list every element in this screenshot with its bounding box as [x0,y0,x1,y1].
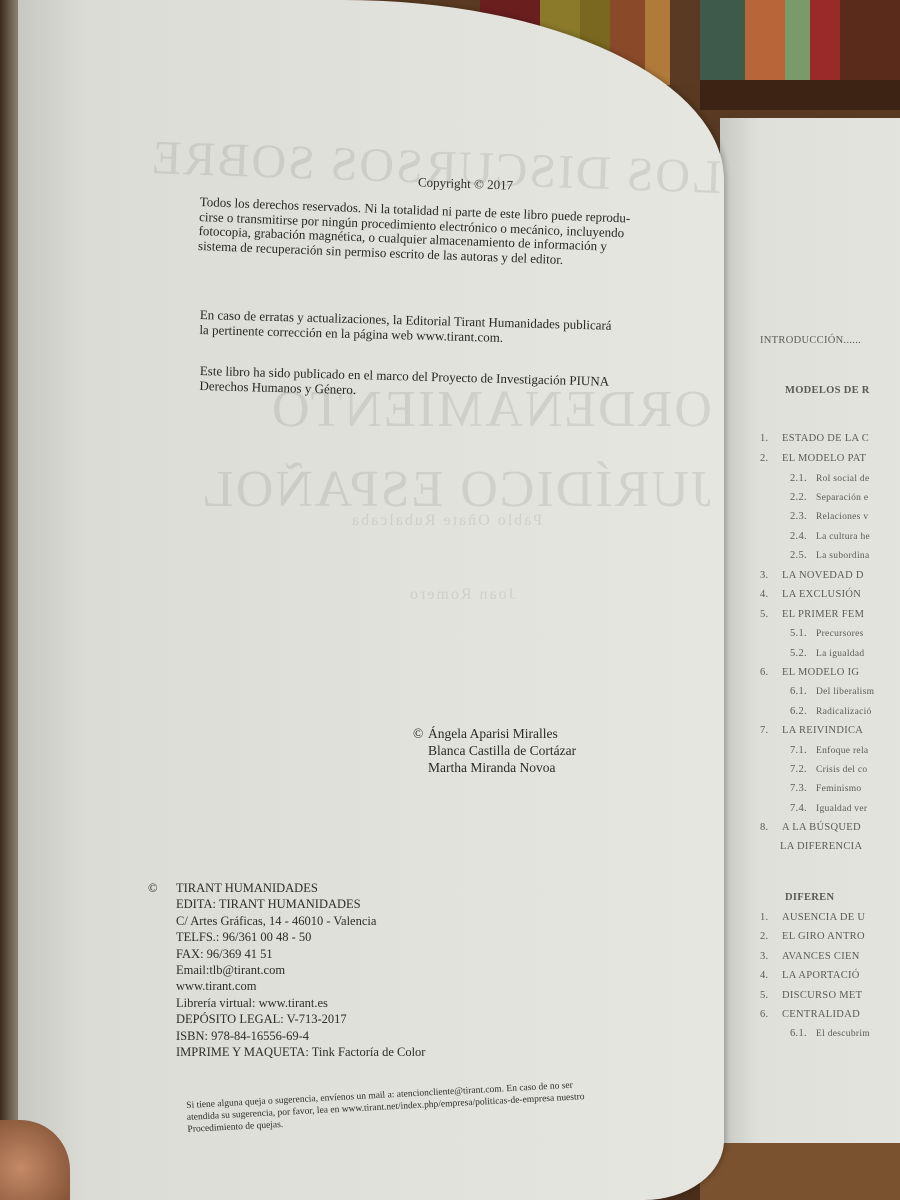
toc-entry: 5.EL PRIMER FEM [760,609,864,620]
toc-label: LA NOVEDAD D [782,570,864,581]
toc-label: Crisis del co [816,765,867,775]
toc-number: 6. [760,667,782,678]
publisher-line: C/ Artes Gráficas, 14 - 46010 - Valencia [176,913,425,929]
toc-entry: 2.4.La cultura he [790,531,870,542]
bleed-through-title-3: JURÍDICO ESPAÑOL [200,460,711,519]
toc-number: 7.4. [790,803,816,814]
toc-entry: 2.3.Relaciones v [790,511,868,522]
toc-entry: 7.3.Feminismo [790,783,861,794]
toc-number: 2.1. [790,473,816,484]
toc-number: 5. [760,990,782,1001]
toc-number: 6.1. [790,1028,816,1039]
publisher-line: TELFS.: 96/361 00 48 - 50 [176,929,425,945]
toc-label: EL MODELO PAT [782,453,866,464]
toc-number: 2.5. [790,550,816,561]
toc-entry: DIFEREN [785,892,834,903]
toc-entry: 5.DISCURSO MET [760,990,862,1001]
toc-label: Enfoque rela [816,746,868,756]
toc-entry: 6.1.Del liberalism [790,686,874,697]
toc-label: A LA BÚSQUED [782,822,861,833]
author-name: Martha Miranda Novoa [428,759,576,776]
toc-entry: 6.2.Radicalizació [790,706,872,717]
toc-number: 2.4. [790,531,816,542]
toc-entry: 3.LA NOVEDAD D [760,570,864,581]
toc-entry: 5.2.La igualdad [790,648,864,659]
toc-label: AVANCES CIEN [782,951,860,962]
toc-entry: 3.AVANCES CIEN [760,951,860,962]
bleed-through-author-1: Pablo Oñate Rubalcaba [350,512,542,530]
publisher-line: www.tirant.com [176,978,425,994]
toc-number: 7.3. [790,783,816,794]
publisher-line: IMPRIME Y MAQUETA: Tink Factoría de Colo… [176,1044,425,1060]
toc-label: La subordina [816,551,869,561]
publisher-line: Librería virtual: www.tirant.es [176,995,425,1011]
toc-entry: 7.1.Enfoque rela [790,745,868,756]
toc-label: ESTADO DE LA C [782,433,869,444]
toc-number: 7.2. [790,764,816,775]
table-surface [700,1140,900,1200]
toc-number: 8. [760,822,782,833]
toc-entry: 2.EL GIRO ANTRO [760,931,865,942]
toc-entry: 6.1.El descubrim [790,1028,870,1039]
toc-label: AUSENCIA DE U [782,912,865,923]
toc-number: 2.2. [790,492,816,503]
toc-label: LA DIFERENCIA [780,841,862,852]
toc-entry: 1.AUSENCIA DE U [760,912,865,923]
toc-label: Radicalizació [816,707,872,717]
toc-label: El descubrim [816,1029,870,1039]
toc-label: EL PRIMER FEM [782,609,864,620]
toc-label: CENTRALIDAD [782,1009,860,1020]
toc-label: MODELOS DE R [785,385,870,396]
toc-label: DISCURSO MET [782,990,862,1001]
toc-entry: MODELOS DE R [785,385,870,396]
toc-entry: 4.LA EXCLUSIÓN [760,589,861,600]
author-name: Ángela Aparisi Miralles [428,725,576,742]
toc-number: 3. [760,570,782,581]
toc-label: LA EXCLUSIÓN [782,589,861,600]
toc-entry: 7.LA REIVINDICA [760,725,863,736]
toc-number: 4. [760,970,782,981]
toc-number: 3. [760,951,782,962]
copyright-symbol: © [413,725,423,742]
publisher-line: EDITA: TIRANT HUMANIDADES [176,896,425,912]
toc-number: 5.2. [790,648,816,659]
toc-number: 1. [760,912,782,923]
publisher-line: FAX: 96/369 41 51 [176,946,425,962]
bleed-through-author-2: Joan Romero [408,586,515,604]
toc-label: Del liberalism [816,687,874,697]
publisher-line: TIRANT HUMANIDADES [176,880,425,896]
toc-label: Rol social de [816,474,870,484]
toc-number: 5.1. [790,628,816,639]
toc-entry: 6.CENTRALIDAD [760,1009,860,1020]
toc-number: 2. [760,931,782,942]
toc-label: LA APORTACIÓ [782,970,860,981]
toc-label: EL MODELO IG [782,667,859,678]
toc-entry: LA DIFERENCIA [780,841,862,852]
publisher-line: DEPÓSITO LEGAL: V-713-2017 [176,1011,425,1027]
toc-label: Feminismo [816,784,861,794]
toc-label: EL GIRO ANTRO [782,931,865,942]
toc-entry: 7.4.Igualdad ver [790,803,867,814]
toc-entry: 6.EL MODELO IG [760,667,859,678]
toc-entry: 7.2.Crisis del co [790,764,867,775]
toc-number: 2. [760,453,782,464]
toc-label: INTRODUCCIÓN...... [760,335,861,346]
toc-label: Precursores [816,629,864,639]
toc-entry: INTRODUCCIÓN...... [760,335,861,346]
author-name: Blanca Castilla de Cortázar [428,742,576,759]
toc-label: Igualdad ver [816,804,867,814]
publisher-line: ISBN: 978-84-16556-69-4 [176,1028,425,1044]
toc-label: La cultura he [816,532,870,542]
toc-number: 6.2. [790,706,816,717]
toc-entry: 2.2.Separación e [790,492,868,503]
toc-number: 4. [760,589,782,600]
toc-label: LA REIVINDICA [782,725,863,736]
toc-number: 2.3. [790,511,816,522]
toc-number: 5. [760,609,782,620]
shelf-board [700,80,900,110]
toc-number: 7.1. [790,745,816,756]
toc-number: 6.1. [790,686,816,697]
publisher-line: Email:tlb@tirant.com [176,962,425,978]
toc-number: 1. [760,433,782,444]
toc-label: Separación e [816,493,868,503]
toc-number: 6. [760,1009,782,1020]
toc-label: DIFEREN [785,892,834,903]
copyright-line: Copyright © 2017 [418,174,514,193]
toc-label: La igualdad [816,649,864,659]
toc-entry: 5.1.Precursores [790,628,864,639]
toc-entry: 2.1.Rol social de [790,473,870,484]
toc-entry: 1.ESTADO DE LA C [760,433,869,444]
copyright-symbol: © [148,880,158,896]
toc-entry: 4.LA APORTACIÓ [760,970,860,981]
toc-label: Relaciones v [816,512,868,522]
toc-entry: 2.5.La subordina [790,550,869,561]
toc-number: 7. [760,725,782,736]
toc-entry: 2.EL MODELO PAT [760,453,866,464]
toc-entry: 8.A LA BÚSQUED [760,822,861,833]
